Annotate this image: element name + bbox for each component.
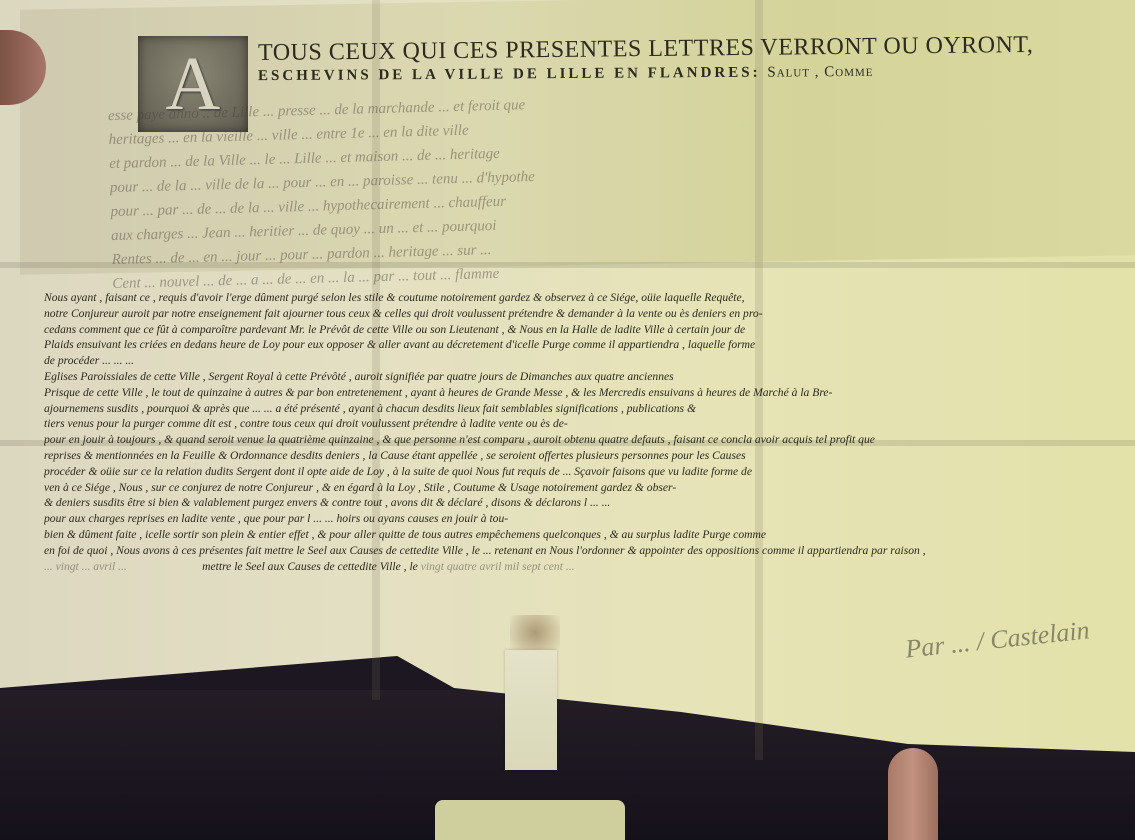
holding-finger xyxy=(888,748,938,840)
body-line: de procéder ... ... ... xyxy=(44,353,1044,369)
body-line: Prisque de cette Ville , le tout de quin… xyxy=(44,385,1044,401)
handwritten-fill-in-block: esse paye anno .. de Lille ... presse ..… xyxy=(108,80,1033,296)
handwritten-date-left: ... vingt ... avril ... xyxy=(44,560,127,573)
heading-line-2-text: ESCHEVINS DE LA VILLE DE LILLE EN FLANDR… xyxy=(258,65,761,85)
body-line: ajournemens susdits , pourquoi & après q… xyxy=(44,401,1044,417)
body-line: tiers venus pour la purger comme dit est… xyxy=(44,416,1044,432)
body-line: cedans comment que ce fût à comparoître … xyxy=(44,322,1044,338)
body-line: notre Conjureur auroit par notre enseign… xyxy=(44,306,1044,322)
seal-stain xyxy=(510,615,560,650)
body-line: & deniers susdits être si bien & valable… xyxy=(44,495,1044,511)
closing-printed: mettre le Seel aux Causes de cettedite V… xyxy=(202,560,418,573)
body-line: procéder & oüie sur ce la relation dudit… xyxy=(44,464,1044,480)
parchment-seal-tab xyxy=(505,650,557,770)
body-line: Eglises Paroissiales de cette Ville , Se… xyxy=(44,369,1044,385)
body-line: pour en jouir à toujours , & quand seroi… xyxy=(44,432,1044,448)
handwritten-date: vingt quatre avril mil sept cent ... xyxy=(421,560,575,573)
body-line: Nous ayant , faisant ce , requis d'avoir… xyxy=(44,290,1044,306)
salutation: Salut , Comme xyxy=(767,64,873,81)
closing-line: ... vingt ... avril ... mettre le Seel a… xyxy=(44,559,1044,575)
body-line: bien & dûment faite , icelle sortir son … xyxy=(44,527,1044,543)
printed-body: Nous ayant , faisant ce , requis d'avoir… xyxy=(44,290,1044,574)
body-line: ven à ce Siége , Nous , sur ce conjurez … xyxy=(44,480,1044,496)
body-line: Plaids ensuivant les criées en dedans he… xyxy=(44,337,1044,353)
seal-tag xyxy=(435,800,625,840)
body-line: pour aux charges reprises en ladite vent… xyxy=(44,511,1044,527)
body-line: reprises & mentionnées en la Feuille & O… xyxy=(44,448,1044,464)
body-line: en foi de quoi , Nous avons à ces présen… xyxy=(44,543,1044,559)
